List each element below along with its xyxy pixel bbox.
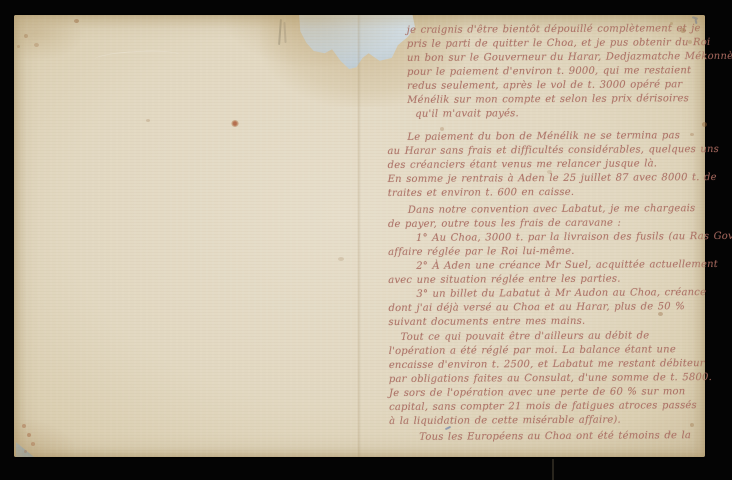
pencil-annotation [278,19,282,45]
handwritten-line: dont j'ai déjà versé au Choa et au Harar… [388,300,714,316]
foxing-stain [22,424,26,428]
handwritten-line: capital, sans compter 21 mois de fatigue… [389,399,715,415]
handwritten-line: au Harar sans frais et difficultés consi… [387,143,713,159]
paragraph: Tous les Européens au Choa ont été témoi… [389,429,715,445]
foxing-stain [74,19,79,23]
handwritten-line: 2° À Aden une créance Mr Suel, acquittée… [388,258,714,274]
paragraph: je craignis d'être bientôt dépouillé com… [387,22,714,122]
foxing-stain [24,34,28,38]
foxing-stain [146,119,150,122]
paragraph: Le paiement du bon de Ménélik ne se term… [387,129,713,201]
foxing-stain [231,120,239,127]
scan-artifact-streak [552,459,554,480]
paper-scratch [94,49,181,66]
foxing-stain [338,257,344,261]
blue-backing-corner [16,439,34,457]
handwritten-line: Dans notre convention avec Labatut, je m… [388,202,714,218]
paragraph: 3° un billet du Labatut à Mr Audon au Ch… [388,286,714,330]
handwritten-line: Tous les Européens au Choa ont été témoi… [389,429,715,445]
handwritten-line: 1° Au Choa, 3000 t. par la livraison des… [388,230,714,246]
handwritten-line: suivant documents entre mes mains. [389,314,715,330]
handwritten-line: à la liquidation de cette misérable affa… [389,413,715,429]
foxing-stain [31,442,35,446]
handwritten-line: Ménélik sur mon compte et selon les prix… [407,92,713,108]
handwritten-line: qu'il m'avait payés. [407,106,713,122]
paragraph: Dans notre convention avec Labatut, je m… [388,202,714,232]
letter-text: je craignis d'être bientôt dépouillé com… [387,22,716,445]
paragraph: Tout ce qui pouvait être d'ailleurs au d… [389,329,716,429]
manuscript-paper: je craignis d'être bientôt dépouillé com… [14,15,705,457]
paragraph: 1° Au Choa, 3000 t. par la livraison des… [388,230,714,260]
foxing-stain [27,433,31,437]
pencil-annotation [283,22,286,43]
paragraph: 2° À Aden une créance Mr Suel, acquittée… [388,258,714,288]
handwritten-line: En somme je rentrais à Aden le 25 juille… [388,171,714,187]
foxing-stain [34,43,39,47]
handwritten-line: traites et environ t. 600 en caisse. [388,185,714,201]
center-fold-crease [357,15,361,457]
scan-canvas: je craignis d'être bientôt dépouillé com… [0,0,732,480]
foxing-stain [17,45,20,48]
